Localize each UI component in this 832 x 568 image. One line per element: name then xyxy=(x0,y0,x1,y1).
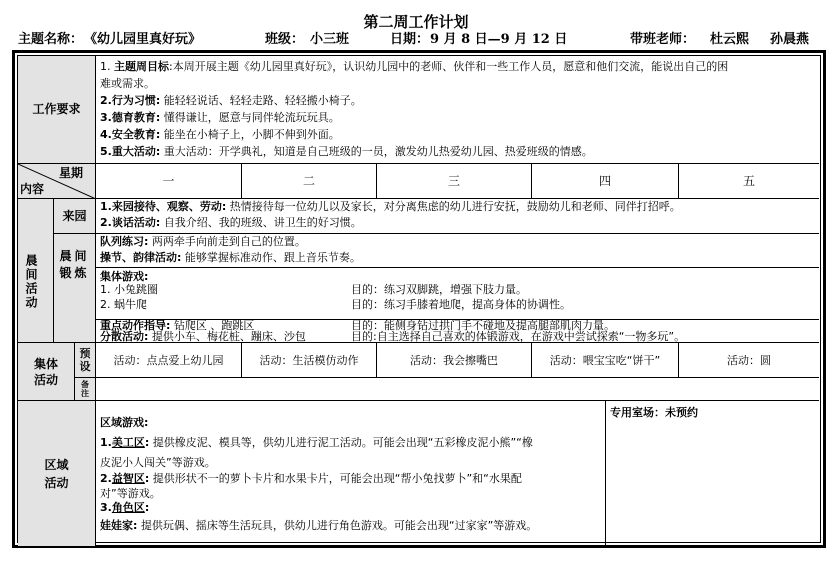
date-value: 9 月 8 日—9 月 12 日 xyxy=(430,31,567,49)
plan-table-inner: 工作要求 1. 主题周目标:本周开展主题《幼儿园里真好玩》，认识幼儿园中的老师、… xyxy=(17,55,821,543)
morning-activity-label-text: 晨间活动 xyxy=(22,254,39,310)
page-title: 第二周工作计划 xyxy=(0,13,832,31)
group-activity-mon: 活动：点点爱上幼儿园 xyxy=(96,343,242,378)
preset-label: 预设 xyxy=(75,343,96,378)
notes-label: 备注 xyxy=(75,378,96,401)
art-area-num: 1. xyxy=(100,436,112,449)
key-guidance-content: 重点动作指导: 钻爬区 、跑跳区目的：能侧身钻过拱门手不碰地及提高腿部肌肉力量。… xyxy=(96,320,819,343)
doll-house-title: 娃娃家: xyxy=(100,519,137,532)
free-activity-text: 提供小车、梅花桩、蹦床、沙包 xyxy=(148,330,306,343)
arrival-reception-text: 热情接待每一位幼儿以及家长，对分离焦虑的幼儿进行安抚，鼓励幼儿和老师、同伴打招呼… xyxy=(226,200,681,213)
area-games-content: 区域游戏: 1.美工区: 提供橡皮泥、模具等，供幼儿进行泥工活动。可能会出现“五… xyxy=(96,401,606,546)
game-1-purpose: 目的：练习双脚跳，增强下肢力量。 xyxy=(351,282,527,297)
role-area-title: 角色区 xyxy=(112,501,145,514)
req-5-title: 重大活动: xyxy=(112,145,160,158)
corner-weekday-label: 星期 xyxy=(59,165,83,182)
morning-activity-label: 晨间活动 xyxy=(18,199,54,343)
req-4-num: 4. xyxy=(100,128,112,141)
group-activity-notes xyxy=(96,378,819,401)
date-label: 日期： xyxy=(390,31,429,49)
puzzle-area-text-cont: 对”等游戏。 xyxy=(100,486,601,500)
puzzle-area-num: 2. xyxy=(100,472,112,485)
day-header-mon: 一 xyxy=(96,164,242,199)
weekday-corner-header: 星期 内容 xyxy=(18,164,96,199)
group-activity-label-line1: 集体 xyxy=(34,356,58,372)
game-2-name: 2. 蜗牛爬 xyxy=(100,298,147,311)
group-activity-tue: 活动：生活模仿动作 xyxy=(242,343,377,378)
special-room-content: 专用室场：未预约 xyxy=(606,401,819,546)
art-area-title: 美工区 xyxy=(112,436,145,449)
req-3-title: 德育教育: xyxy=(112,111,160,124)
class-value: 小三班 xyxy=(310,31,349,49)
drill-rhythm-title: 操节、韵律活动: xyxy=(100,251,181,264)
arrival-talk-text: 自我介绍、我的班级、讲卫生的好习惯。 xyxy=(160,216,362,229)
area-activity-label: 区域 活动 xyxy=(18,401,96,546)
req-2-num: 2. xyxy=(100,94,112,107)
day-header-tue: 二 xyxy=(242,164,377,199)
doll-house-text: 提供玩偶、摇床等生活玩具，供幼儿进行角色游戏。可能会出现“过家家”等游戏。 xyxy=(137,519,537,532)
arrival-label: 来园 xyxy=(54,199,96,234)
art-area-text: 提供橡皮泥、模具等，供幼儿进行泥工活动。可能会出现“五彩橡皮泥小熊”“橡 xyxy=(149,436,533,449)
req-1-text: 本周开展主题《幼儿园里真好玩》，认识幼儿园中的老师、伙伴和一些工作人员，愿意和他… xyxy=(173,60,729,73)
group-activity-thu: 活动：喂宝宝吃“饼干” xyxy=(532,343,679,378)
day-header-thu: 四 xyxy=(532,164,679,199)
puzzle-area-title: 益智区 xyxy=(112,472,145,485)
req-1-num: 1. xyxy=(100,60,111,73)
req-2-text: 能轻轻说话、轻轻走路、轻轻搬小椅子。 xyxy=(160,94,362,107)
group-activity-label-line2: 活动 xyxy=(34,372,58,388)
theme-value: 《幼儿园里真好玩》 xyxy=(84,31,201,49)
day-header-fri: 五 xyxy=(679,164,819,199)
special-room-status: 专用室场：未预约 xyxy=(606,401,819,423)
requirements-label: 工作要求 xyxy=(18,56,96,164)
req-2-title: 行为习惯: xyxy=(112,94,160,107)
teacher-label: 带班老师： xyxy=(630,31,695,49)
game-2-purpose: 目的：练习手膝着地爬，提高身体的协调性。 xyxy=(351,297,571,312)
area-activity-label-line2: 活动 xyxy=(44,474,68,492)
drill-content: 队列练习: 两两牵手向前走到自己的位置。 操节、韵律活动: 能够掌握标准动作、跟… xyxy=(96,234,819,268)
day-header-wed: 三 xyxy=(377,164,532,199)
arrival-talk-title: 2.谈话活动: xyxy=(100,216,160,229)
arrival-content: 1.来园接待、观察、劳动: 热情接待每一位幼儿以及家长，对分离焦虑的幼儿进行安抚… xyxy=(96,199,819,234)
req-1-text-cont: 难或需求。 xyxy=(100,75,815,92)
requirements-content: 1. 主题周目标:本周开展主题《幼儿园里真好玩》，认识幼儿园中的老师、伙伴和一些… xyxy=(96,56,819,164)
puzzle-area-text: 提供形状不一的萝卜卡片和水果卡片，可能会出现“帮小兔找萝卜”和“水果配 xyxy=(149,472,522,485)
area-activity-label-line1: 区域 xyxy=(44,456,68,474)
req-4-title: 安全教育: xyxy=(112,128,160,141)
plan-meta-row: 主题名称： 《幼儿园里真好玩》 班级： 小三班 日期： 9 月 8 日—9 月 … xyxy=(18,31,818,49)
class-label: 班级： xyxy=(265,31,304,49)
drill-rhythm-text: 能够掌握标准动作、跟上音乐节奏。 xyxy=(181,251,361,264)
art-area-text-cont: 皮泥小人闯关”等游戏。 xyxy=(100,455,601,471)
plan-table: 工作要求 1. 主题周目标:本周开展主题《幼儿园里真好玩》，认识幼儿园中的老师、… xyxy=(12,50,826,548)
group-games-content: 集体游戏: 1. 小兔跳圈目的：练习双脚跳，增强下肢力量。 2. 蜗牛爬目的：练… xyxy=(96,268,819,320)
teacher-name-2: 孙晨燕 xyxy=(770,31,809,49)
drill-queue-title: 队列练习: xyxy=(100,235,148,248)
group-activity-label: 集体 活动 xyxy=(18,343,75,401)
group-games-title: 集体游戏: xyxy=(100,269,815,282)
group-activity-wed: 活动：我会擦嘴巴 xyxy=(377,343,532,378)
game-1-name: 1. 小兔跳圈 xyxy=(100,283,158,296)
free-activity-purpose: 目的:自主选择自己喜欢的体锻游戏，在游戏中尝试探索“一物多玩”。 xyxy=(351,331,685,342)
req-5-num: 5. xyxy=(100,145,112,158)
theme-label: 主题名称： xyxy=(18,31,83,49)
corner-content-label: 内容 xyxy=(20,181,44,198)
req-3-text: 懂得谦让，愿意与同伴轮流玩玩具。 xyxy=(160,111,340,124)
req-4-text: 能坐在小椅子上，小脚不伸到外面。 xyxy=(160,128,340,141)
role-area-num: 3. xyxy=(100,501,112,514)
group-activity-fri: 活动：圆 xyxy=(679,343,819,378)
notes-label-text: 备注 xyxy=(81,380,90,398)
teacher-name-1: 杜云熙 xyxy=(710,31,749,49)
area-games-heading: 区域游戏: xyxy=(100,415,601,435)
role-area-sep: : xyxy=(145,501,149,514)
req-5-text: 重大活动：开学典礼，知道是自己班级的一员，激发幼儿热爱幼儿园、热爱班级的情感。 xyxy=(160,145,593,158)
arrival-reception-title: 1.来园接待、观察、劳动: xyxy=(100,200,226,213)
morning-exercise-label: 晨间锻炼 xyxy=(54,234,96,343)
req-1-title: 主题周目标 xyxy=(114,60,169,73)
req-3-num: 3. xyxy=(100,111,112,124)
drill-queue-text: 两两牵手向前走到自己的位置。 xyxy=(148,235,306,248)
morning-exercise-label-text: 晨间锻炼 xyxy=(60,248,90,282)
preset-label-text: 预设 xyxy=(79,347,91,373)
free-activity-title: 分散活动: xyxy=(100,330,148,343)
